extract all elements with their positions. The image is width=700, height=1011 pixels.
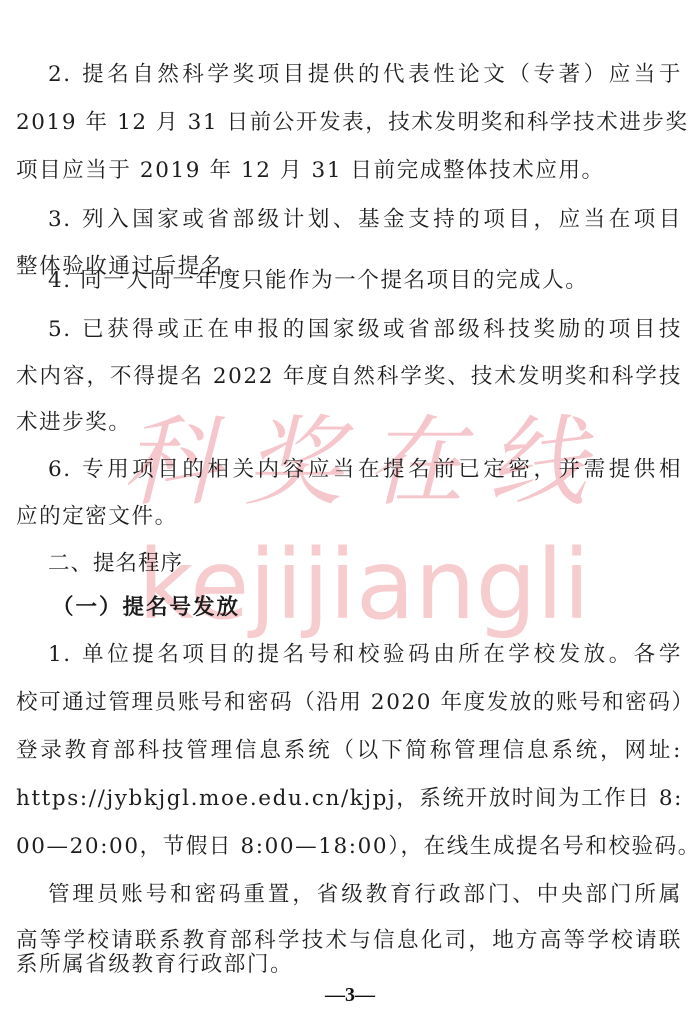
page-number: —3— — [0, 983, 700, 1007]
para-1-line-3: 登录教育部科技管理信息系统（以下简称管理信息系统，网址: — [16, 736, 682, 766]
para-1-line-5: 00—20:00，节假日 8:00—18:00），在线生成提名号和校验码。 — [16, 832, 682, 862]
para-1-line-1: 1. 单位提名项目的提名号和校验码由所在学校发放。各学 — [48, 640, 682, 670]
item-2-line-1: 2. 提名自然科学奖项目提供的代表性论文（专著）应当于 — [48, 60, 682, 90]
item-4-line-1: 4. 同一人同一年度只能作为一个提名项目的完成人。 — [48, 266, 682, 296]
item-6-line-2: 应的定密文件。 — [16, 502, 682, 532]
para-2-line-3: 系所属省级教育行政部门。 — [16, 950, 682, 980]
section-heading-nomination-procedure: 二、提名程序 — [48, 549, 183, 579]
item-5-line-3: 术进步奖。 — [16, 408, 682, 438]
para-2-line-1: 管理员账号和密码重置，省级教育行政部门、中央部门所属 — [48, 880, 682, 910]
para-1-line-2: 校可通过管理员账号和密码（沿用 2020 年度发放的账号和密码） — [16, 688, 682, 718]
document-page: 科奖在线 kejijiangli 2. 提名自然科学奖项目提供的代表性论文（专著… — [0, 0, 700, 1011]
subsection-heading-nomination-number: （一）提名号发放 — [52, 593, 240, 623]
document-body: 2. 提名自然科学奖项目提供的代表性论文（专著）应当于 2019 年 12 月 … — [0, 0, 700, 1011]
item-5-line-1: 5. 已获得或正在申报的国家级或省部级科技奖励的项目技 — [48, 315, 682, 345]
item-2-line-2: 2019 年 12 月 31 日前公开发表，技术发明奖和科学技术进步奖 — [16, 108, 682, 138]
item-2-line-3: 项目应当于 2019 年 12 月 31 日前完成整体技术应用。 — [16, 156, 682, 186]
item-3-line-1: 3. 列入国家或省部级计划、基金支持的项目，应当在项目 — [48, 205, 682, 235]
para-1-line-4-url: https://jybkjgl.moe.edu.cn/kjpj，系统开放时间为工… — [16, 784, 682, 814]
item-5-line-2: 术内容，不得提名 2022 年度自然科学奖、技术发明奖和科学技 — [16, 362, 682, 392]
item-6-line-1: 6. 专用项目的相关内容应当在提名前已定密，并需提供相 — [48, 455, 682, 485]
